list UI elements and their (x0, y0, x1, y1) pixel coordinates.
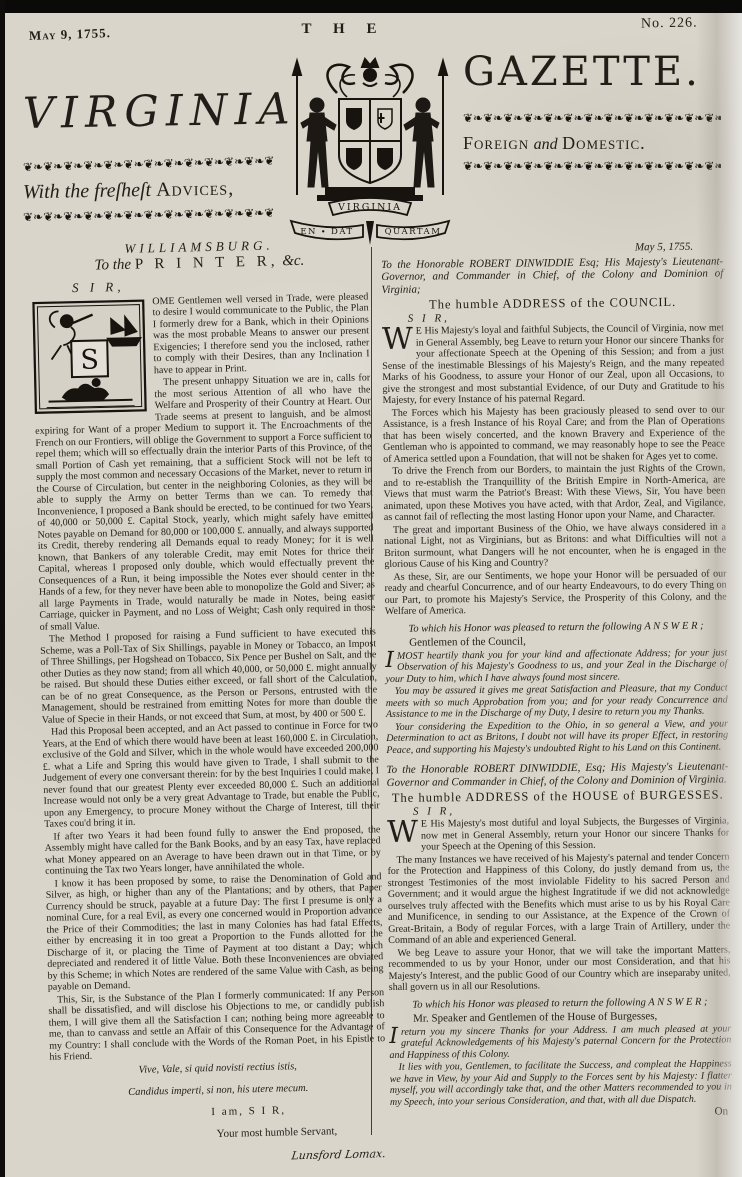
sir-salutation: S I R, (72, 275, 368, 293)
masthead-advices: With the freſheſt Advices, (23, 177, 275, 204)
burgesses-address-subheading: The humble ADDRESS of the HOUSE of BURGE… (387, 789, 729, 804)
newspaper-page: May 9, 1755. T H E No. 226. VIRGINIA ❦❧❦… (0, 0, 742, 1177)
council-address-subheading: The humble ADDRESS of the COUNCIL. (382, 296, 724, 311)
address-paragraph: E His Majesty's loyal and faithful Subje… (382, 322, 725, 406)
drop-cap: I (389, 1026, 401, 1045)
ornament-band: ❦❧❦❧❦❧❦❧❦❧❦❧❦❧❦❧❦❧❦❧❦❧❦❧❦❧❦❧❦❧❦❧❦❧ (23, 206, 275, 224)
ornament-band: ❦❧❦❧❦❧❦❧❦❧❦❧❦❧❦❧❦❧❦❧❦❧❦❧❦❧❦❧❦❧❦❧❦❧ (23, 154, 275, 175)
council-answer-body: I MOST heartily thank you for your kind … (385, 647, 728, 756)
to-the-label: To the (94, 256, 131, 273)
council-address-body: W E His Majesty's loyal and faithful Sub… (382, 322, 727, 617)
answer-paragraph: return you my sincere Thanks for your Ad… (389, 1023, 731, 1061)
catchword: On (390, 1106, 732, 1121)
right-column: May 5, 1755. To the Honorable ROBERT DIN… (381, 241, 732, 1132)
signature: Lunsford Lomax. (51, 1148, 388, 1167)
address-paragraph: To drive the French from our Borders, to… (383, 462, 726, 523)
ornament-band: ❦❧❦❧❦❧❦❧❦❧❦❧❦❧❦❧❦❧❦❧❦❧❦❧❦❧❦❧❦❧❦❧❦❧ (463, 159, 721, 173)
masthead-foreign-domestic: Foreign and Domestic. (463, 133, 721, 154)
latin-verse-line: Candidus imperti, si non, his utere mecu… (50, 1081, 386, 1100)
burgesses-address-heading: To the Honorable ROBERT DINWIDDIE, Esq; … (386, 760, 728, 789)
address-paragraph: The great and important Business of the … (384, 521, 726, 571)
masthead-title-gazette: GAZETTE. (463, 49, 721, 95)
domestic-word: Domestic. (562, 133, 646, 153)
issue-number: No. 226. (641, 16, 698, 33)
letter-body: S OME Gentlemen well versed in Trade, we… (32, 291, 388, 1167)
closing-i-am: I am, S I R, (51, 1103, 387, 1122)
letter-paragraph: I know it has been proposed by some, to … (45, 871, 384, 994)
answer-paragraph: It lies with you, Gentlemen, to facilita… (390, 1058, 732, 1108)
foreign-word: Foreign (463, 133, 529, 153)
left-column: WILLIAMSBURG. To the P R I N T E R, &c. … (31, 237, 388, 1177)
answer-paragraph: MOST heartily thank you for your kind an… (385, 647, 727, 685)
etc-label: &c. (282, 252, 304, 268)
answer-paragraph: Your considering the Expedition to the O… (386, 718, 728, 756)
masthead-right: GAZETTE. ❦❧❦❧❦❧❦❧❦❧❦❧❦❧❦❧❦❧❦❧❦❧❦❧❦❧❦❧❦❧❦… (463, 49, 721, 173)
address-paragraph: The Forces which his Majesty has been gr… (383, 404, 726, 465)
council-address-heading: To the Honorable ROBERT DINWIDDIE Esq; H… (381, 255, 723, 296)
answer-intro: To which his Honor was pleased to return… (385, 620, 727, 635)
address-paragraph: We beg Leave to assure your Honor, that … (388, 944, 730, 994)
letter-paragraph: The Method I proposed for raising a Fund… (40, 626, 378, 726)
letter-paragraph: If after two Years it had been found ful… (44, 824, 381, 878)
virginia-coat-of-arms: VIRGINIA EN ∙ DAT QUARTAM (277, 53, 463, 249)
masthead-the: T H E (5, 21, 682, 38)
answer-paragraph: You may be assured it gives me great Sat… (386, 682, 728, 720)
address-paragraph: E His Majesty's most dutiful and loyal S… (387, 815, 729, 853)
letter-paragraph: This, Sir, is the Substance of the Plan … (48, 987, 385, 1064)
and-word: and (534, 136, 558, 153)
letter-paragraph: Had this Proposal been accepted, and an … (42, 719, 380, 830)
address-paragraph: The many Instances we have received of h… (387, 851, 730, 947)
arms-banner-text: VIRGINIA (337, 202, 402, 213)
ornament-band: ❦❧❦❧❦❧❦❧❦❧❦❧❦❧❦❧❦❧❦❧❦❧❦❧❦❧❦❧❦❧❦❧❦❧ (463, 111, 721, 125)
arms-motto-right: QUARTAM (385, 227, 442, 237)
advices-prefix: With the freſheſt (23, 179, 151, 203)
drop-cap: I (385, 650, 397, 669)
scan-left-edge (0, 0, 5, 1177)
initial-letter: S (80, 344, 99, 375)
printer-label: P R I N T E R, (135, 253, 279, 272)
masthead-left: VIRGINIA ❦❧❦❧❦❧❦❧❦❧❦❧❦❧❦❧❦❧❦❧❦❧❦❧❦❧❦❧❦❧❦… (23, 61, 275, 222)
advices-word: Advices, (156, 178, 234, 201)
paper-background: May 9, 1755. T H E No. 226. VIRGINIA ❦❧❦… (5, 13, 742, 1177)
williamsburg-dateline: WILLIAMSBURG. (31, 237, 367, 256)
answer-intro: To which his Honor was pleased to return… (389, 996, 731, 1011)
address-date: May 5, 1755. (381, 241, 723, 256)
to-printer-heading: To the P R I N T E R, &c. (31, 254, 367, 273)
initial-letter-woodcut: S (32, 299, 147, 414)
drop-cap: W (382, 326, 416, 352)
scan-top-edge (0, 0, 742, 13)
burgesses-address-body: W E His Majesty's most dutiful and loyal… (387, 815, 731, 993)
burgesses-answer-body: I return you my sincere Thanks for your … (389, 1023, 732, 1108)
address-paragraph: As these, Sir, are our Sentiments, we ho… (384, 568, 726, 618)
arms-motto-left: EN ∙ DAT (300, 227, 353, 237)
drop-cap: W (387, 819, 421, 845)
masthead-title-virginia: VIRGINIA (23, 85, 276, 139)
closing-servant: Your most humble Servant, (51, 1125, 387, 1144)
